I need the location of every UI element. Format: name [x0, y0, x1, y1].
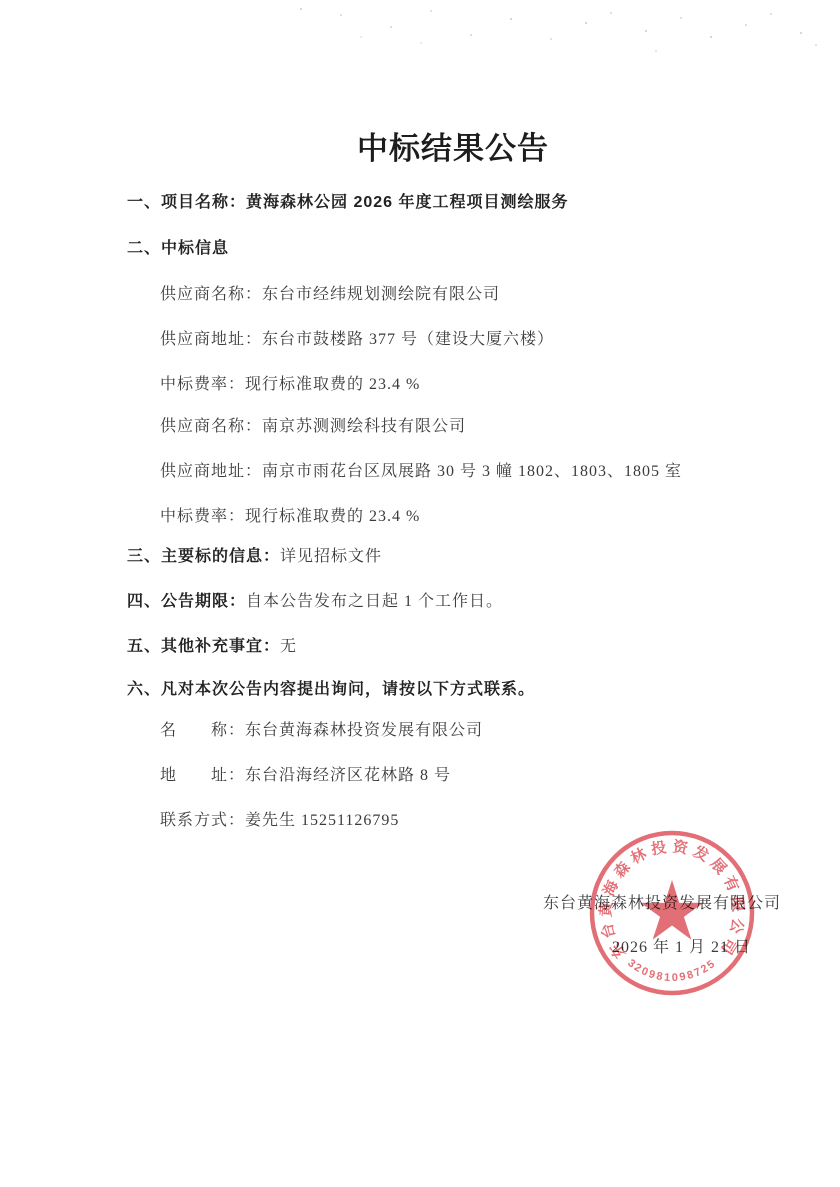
contact-phone-label: 联系方式：	[160, 812, 245, 829]
contact-address-value: 东台沿海经济区花林路 8 号	[245, 767, 451, 784]
contact-phone-line: 联系方式：姜先生 15251126795	[160, 807, 399, 830]
supplier-name-value: 南京苏测测绘科技有限公司	[262, 418, 466, 435]
section-5-label: 五、其他补充事宜：	[127, 638, 280, 655]
award-rate-label: 中标费率：	[160, 508, 245, 525]
winner1-name-line: 供应商名称：东台市经纬规划测绘院有限公司	[160, 281, 500, 304]
winner2-address-line: 供应商地址：南京市雨花台区凤展路 30 号 3 幢 1802、1803、1805…	[160, 458, 682, 481]
company-stamp: 东台黄海森林投资发展有限公司 320981098725	[584, 825, 760, 1001]
section-subject-info: 三、主要标的信息：详见招标文件	[127, 543, 382, 566]
winner1-address-line: 供应商地址：东台市鼓楼路 377 号（建设大厦六楼）	[160, 326, 554, 349]
project-name-value: 黄海森林公园 2026 年度工程项目测绘服务	[246, 194, 569, 211]
stamp-star-icon	[641, 880, 704, 940]
supplier-address-label: 供应商地址：	[160, 331, 262, 348]
section-project-name: 一、项目名称：黄海森林公园 2026 年度工程项目测绘服务	[127, 189, 569, 212]
stamp-serial-number: 320981098725	[625, 957, 718, 984]
section-3-value: 详见招标文件	[280, 548, 382, 565]
section-inquiry: 六、凡对本次公告内容提出询问，请按以下方式联系。	[127, 676, 535, 699]
contact-name-label: 名 称：	[160, 722, 245, 739]
section-award-info: 二、中标信息	[127, 235, 229, 258]
section-announcement-period: 四、公告期限：自本公告发布之日起 1 个工作日。	[127, 588, 503, 611]
supplier-name-label: 供应商名称：	[160, 418, 262, 435]
contact-name-line: 名 称：东台黄海森林投资发展有限公司	[160, 717, 483, 740]
winner1-rate-line: 中标费率：现行标准取费的 23.4 %	[160, 371, 420, 394]
winner2-rate-line: 中标费率：现行标准取费的 23.4 %	[160, 503, 420, 526]
section-3-label: 三、主要标的信息：	[127, 548, 280, 565]
section-4-value: 自本公告发布之日起 1 个工作日。	[246, 593, 503, 610]
contact-address-line: 地 址：东台沿海经济区花林路 8 号	[160, 762, 451, 785]
contact-address-label: 地 址：	[160, 767, 245, 784]
section-other-matters: 五、其他补充事宜：无	[127, 633, 297, 656]
supplier-address-label: 供应商地址：	[160, 463, 262, 480]
winner2-name-line: 供应商名称：南京苏测测绘科技有限公司	[160, 413, 466, 436]
section-4-label: 四、公告期限：	[127, 593, 246, 610]
scan-noise	[300, 8, 302, 10]
supplier-name-label: 供应商名称：	[160, 286, 262, 303]
award-rate-value: 现行标准取费的 23.4 %	[245, 508, 420, 525]
supplier-name-value: 东台市经纬规划测绘院有限公司	[262, 286, 500, 303]
section-2-label: 二、中标信息	[127, 240, 229, 257]
supplier-address-value: 东台市鼓楼路 377 号（建设大厦六楼）	[262, 331, 554, 348]
page-title: 中标结果公告	[33, 123, 840, 168]
award-rate-value: 现行标准取费的 23.4 %	[245, 376, 420, 393]
section-5-value: 无	[280, 638, 297, 655]
section-1-label: 一、项目名称：	[127, 194, 246, 211]
supplier-address-value: 南京市雨花台区凤展路 30 号 3 幢 1802、1803、1805 室	[262, 463, 682, 480]
contact-phone-value: 姜先生 15251126795	[245, 812, 399, 829]
contact-name-value: 东台黄海森林投资发展有限公司	[245, 722, 483, 739]
section-6-label: 六、凡对本次公告内容提出询问，请按以下方式联系。	[127, 681, 535, 698]
document-page: 中标结果公告 一、项目名称：黄海森林公园 2026 年度工程项目测绘服务 二、中…	[0, 0, 840, 1187]
award-rate-label: 中标费率：	[160, 376, 245, 393]
